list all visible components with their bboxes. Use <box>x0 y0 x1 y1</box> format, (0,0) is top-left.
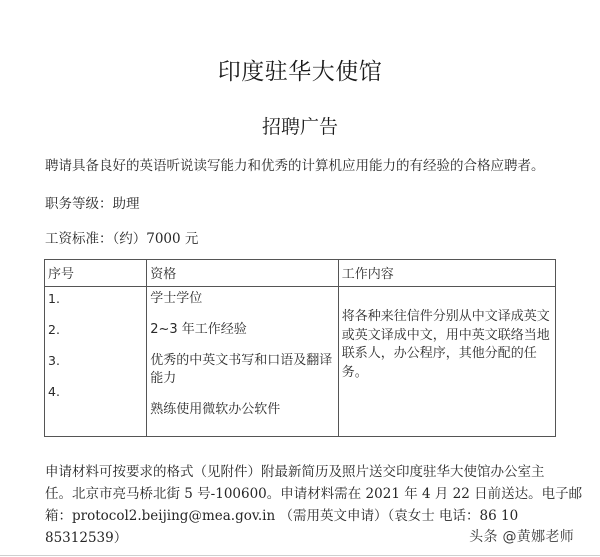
bottom-divider <box>0 555 600 556</box>
list-number: 2. <box>48 321 143 352</box>
header-duties: 工作内容 <box>338 260 555 287</box>
duties-cell: 将各种来往信件分别从中文译成英文或英文译成中文，用中英文联络当地联系人，办公程序… <box>338 287 555 437</box>
qualifications-list: 学士学位 2~3 年工作经验 优秀的中英文书写和口语及翻译能力 熟练使用微软办公… <box>150 290 335 419</box>
number-cell: 1. 2. 3. 4. <box>45 287 147 437</box>
qualifications-cell: 学士学位 2~3 年工作经验 优秀的中英文书写和口语及翻译能力 熟练使用微软办公… <box>147 287 339 437</box>
intro-paragraph: 聘请具备良好的英语听说读写能力和优秀的计算机应用能力的有经验的合格应聘者。 <box>45 154 545 174</box>
list-number: 3. <box>48 352 143 383</box>
duties-text: 将各种来往信件分别从中文译成英文或英文译成中文，用中英文联络当地联系人，办公程序… <box>342 308 552 382</box>
footer-line: 申请材料可按要求的格式（见附件）附最新简历及照片送交印度驻华大使馆办公室主 <box>45 461 555 483</box>
author-watermark: 头条 @黄娜老师 <box>469 526 574 546</box>
job-grade: 职务等级：助理 <box>45 192 140 212</box>
qualification-item: 熟练使用微软办公软件 <box>150 401 335 419</box>
qualification-item: 优秀的中英文书写和口语及翻译能力 <box>150 352 335 388</box>
salary-standard: 工资标准：（约）7000 元 <box>45 227 198 247</box>
number-list: 1. 2. 3. 4. <box>48 290 143 414</box>
table-header-row: 序号 资格 工作内容 <box>45 260 556 287</box>
footer-line: 任。北京市亮马桥北街 5 号-100600。申请材料需在 2021 年 4 月 … <box>45 483 555 505</box>
qualification-item: 学士学位 <box>150 290 335 308</box>
requirements-table: 序号 资格 工作内容 1. 2. 3. 4. 学士学位 2~3 年工作经验 优秀… <box>44 259 556 437</box>
header-qualifications: 资格 <box>147 260 339 287</box>
list-number: 1. <box>48 290 143 321</box>
qualification-item: 2~3 年工作经验 <box>150 321 335 339</box>
document-subtitle: 招聘广告 <box>0 112 600 139</box>
footer-line-email: 箱：protocol2.beijing@mea.gov.in （需用英文申请）（… <box>45 505 555 527</box>
header-number: 序号 <box>45 260 147 287</box>
list-number: 4. <box>48 383 143 414</box>
table-row: 1. 2. 3. 4. 学士学位 2~3 年工作经验 优秀的中英文书写和口语及翻… <box>45 287 556 437</box>
document-title: 印度驻华大使馆 <box>0 53 600 86</box>
